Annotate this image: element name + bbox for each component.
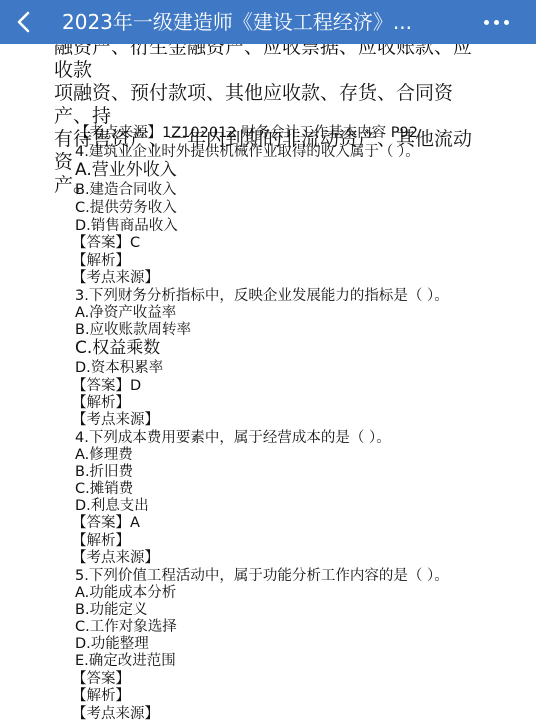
option: D.功能整理 [75, 636, 149, 653]
top-app-bar: 2023年一级建造师《建设工程经济》... [0, 0, 536, 44]
option: D.利息支出 [75, 498, 149, 515]
more-options-button[interactable] [484, 14, 516, 30]
more-dot-icon [484, 20, 489, 25]
option: B.折旧费 [75, 464, 133, 481]
question-stem: 3.下列财务分析指标中，反映企业发展能力的指标是（ ）。 [75, 288, 449, 305]
option: C.提供劳务收入 [75, 200, 177, 217]
option: B.应收账款周转率 [75, 322, 191, 339]
option: B.建造合同收入 [75, 182, 177, 199]
answer-label: 【答案】C [72, 235, 140, 252]
option: C.权益乘数 [75, 340, 160, 357]
option: B.功能定义 [75, 602, 148, 619]
answer-label: 【答案】 [72, 671, 130, 688]
more-dot-icon [494, 20, 499, 25]
analysis-label: 【解析】 [72, 253, 130, 270]
option: C.摊销费 [75, 481, 133, 498]
option: C.工作对象选择 [75, 619, 177, 636]
chevron-left-icon [10, 6, 40, 38]
back-button[interactable] [10, 6, 40, 38]
analysis-label: 【解析】 [72, 395, 130, 412]
source-label: 【考点来源】 [72, 412, 159, 429]
source-label: 【考点来源】 [72, 706, 159, 722]
source-label: 【考点来源】 [72, 550, 159, 567]
option: D.资本积累率 [75, 360, 163, 377]
option: A.营业外收入 [75, 162, 177, 179]
answer-label: 【答案】D [72, 378, 141, 395]
question-stem: 4.建筑业企业时外提供机械作业取得的收入属于（ ）。 [75, 144, 420, 161]
option: A.修理费 [75, 447, 133, 464]
analysis-label: 【解析】 [72, 688, 130, 705]
question-stem: 5.下列价值工程活动中，属于功能分析工作内容的是（ ）。 [75, 568, 449, 585]
option: D.销售商品收入 [75, 218, 178, 235]
source-label: 【考点来源】 [72, 270, 159, 287]
more-dot-icon [504, 20, 509, 25]
option: A.功能成本分析 [75, 585, 176, 602]
answer-label: 【答案】A [72, 515, 140, 532]
option: A.净资产收益率 [75, 305, 176, 322]
question-stem: 4.下列成本费用要素中，属于经营成本的是（ ）。 [75, 430, 391, 447]
option: E.确定改进范围 [75, 653, 176, 670]
intro-source: 【考点来源】1Z102012 财务会计工作基本内容 P92 [75, 125, 418, 142]
page-title: 2023年一级建造师《建设工程经济》... [62, 9, 452, 35]
analysis-label: 【解析】 [72, 533, 130, 550]
intro-line: 项融资、预付款项、其他应收款、存货、合同资产、持 [54, 82, 474, 128]
